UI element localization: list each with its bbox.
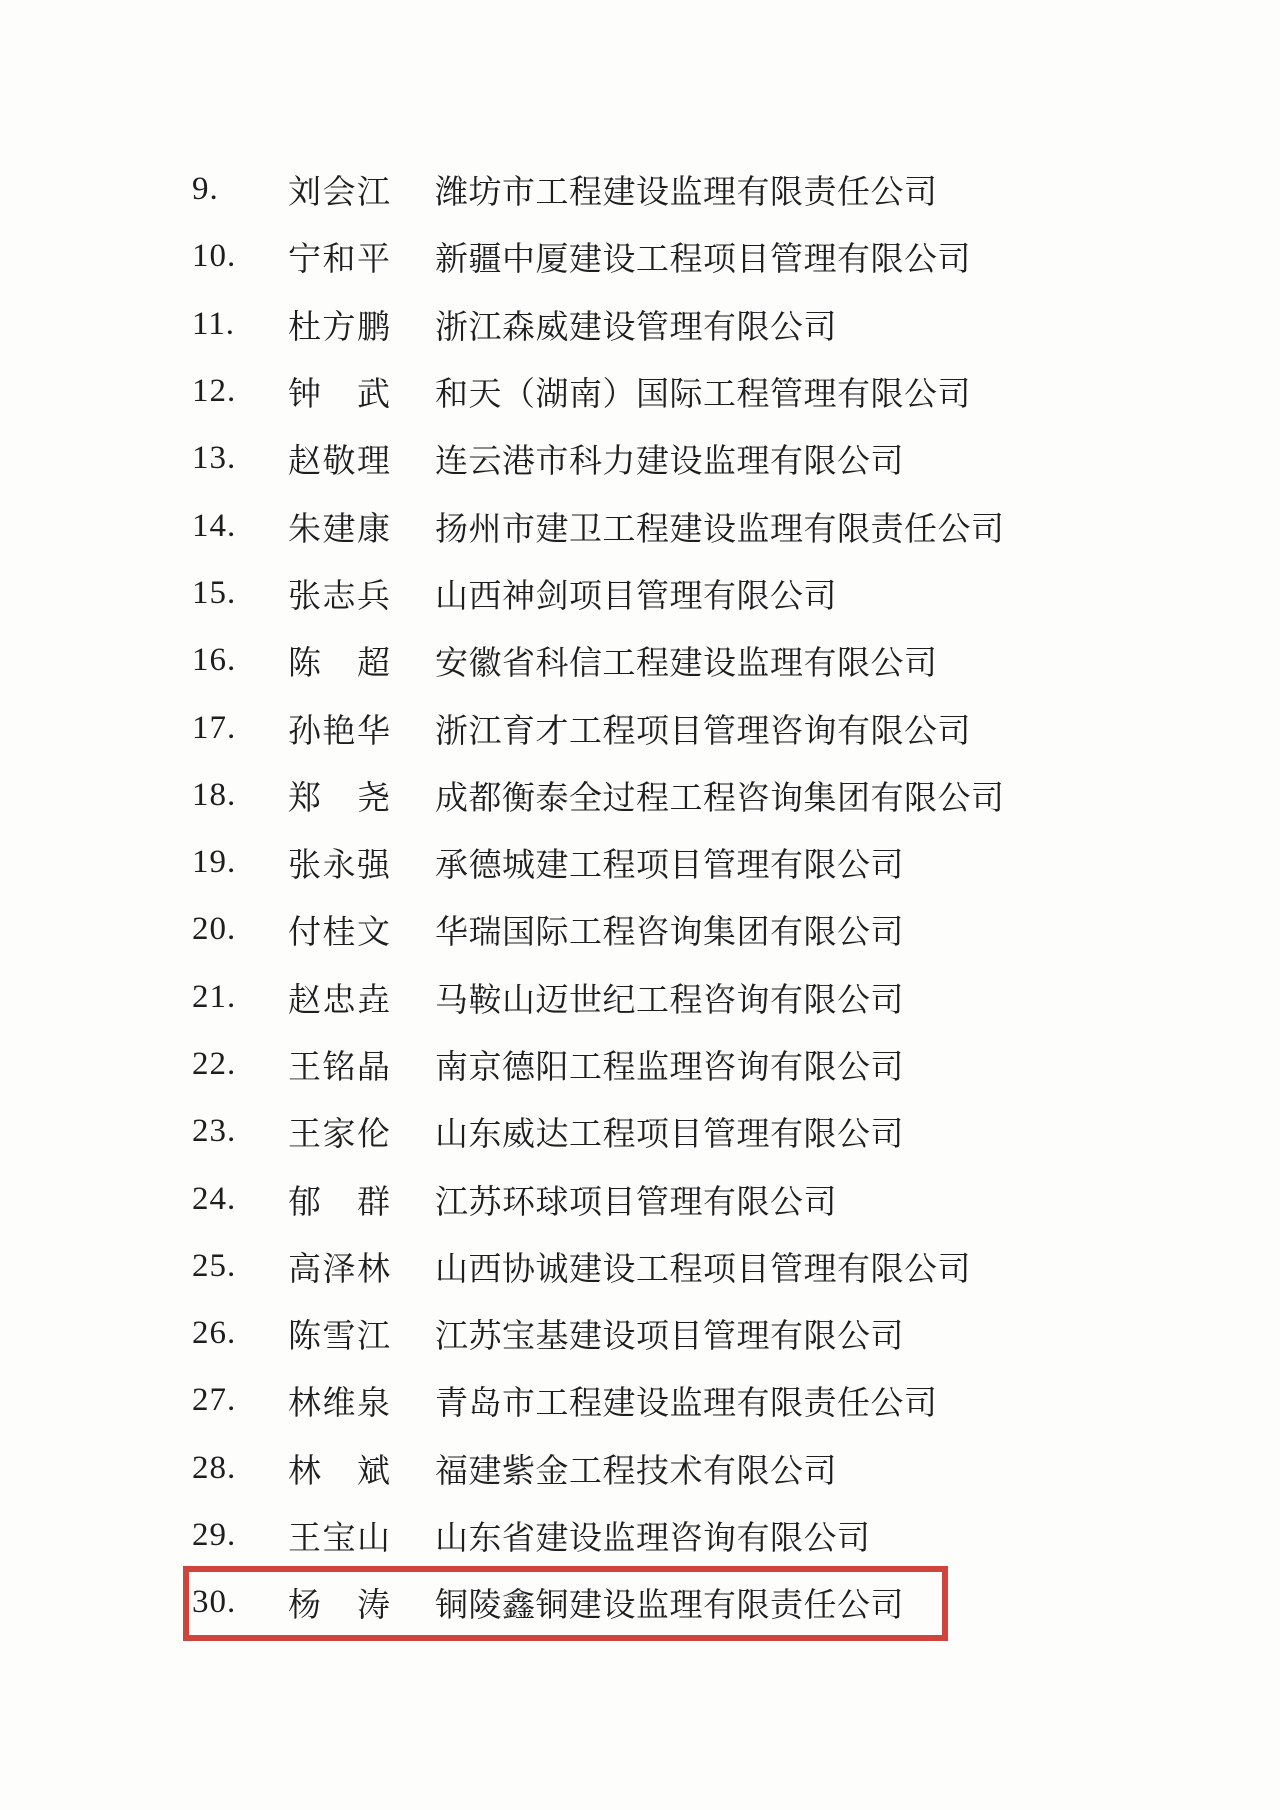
company-name: 潍坊市工程建设监理有限责任公司	[435, 166, 938, 213]
list-row: 22. 王铭晶 南京德阳工程监理咨询有限公司	[0, 1031, 1280, 1098]
row-number: 18.	[192, 777, 288, 814]
list-row: 23. 王家伦 山东威达工程项目管理有限公司	[0, 1098, 1280, 1165]
person-name: 钟 武	[288, 368, 435, 415]
company-name: 山东省建设监理咨询有限公司	[435, 1512, 871, 1559]
list-row: 18. 郑 尧 成都衡泰全过程工程咨询集团有限公司	[0, 762, 1280, 829]
person-name: 孙艳华	[288, 705, 435, 752]
row-number: 22.	[192, 1046, 288, 1083]
company-name: 浙江育才工程项目管理咨询有限公司	[435, 705, 971, 752]
list-row: 10. 宁和平 新疆中厦建设工程项目管理有限公司	[0, 223, 1280, 290]
row-number: 20.	[192, 911, 288, 948]
company-name: 福建紫金工程技术有限公司	[435, 1445, 837, 1492]
person-name: 林维泉	[288, 1377, 435, 1424]
person-name: 刘会江	[288, 166, 435, 213]
row-number: 17.	[192, 710, 288, 747]
list-row: 29. 王宝山 山东省建设监理咨询有限公司	[0, 1502, 1280, 1569]
person-name: 赵敬理	[288, 435, 435, 482]
row-number: 15.	[192, 575, 288, 612]
name-company-list: 9. 刘会江 潍坊市工程建设监理有限责任公司 10. 宁和平 新疆中厦建设工程项…	[0, 156, 1280, 1637]
person-name: 陈 超	[288, 637, 435, 684]
person-name: 赵忠垚	[288, 974, 435, 1021]
list-row: 20. 付桂文 华瑞国际工程咨询集团有限公司	[0, 896, 1280, 963]
person-name: 付桂文	[288, 906, 435, 953]
list-row: 9. 刘会江 潍坊市工程建设监理有限责任公司	[0, 156, 1280, 223]
company-name: 安徽省科信工程建设监理有限公司	[435, 637, 938, 684]
row-number: 27.	[192, 1382, 288, 1419]
company-name: 青岛市工程建设监理有限责任公司	[435, 1377, 938, 1424]
person-name: 高泽林	[288, 1243, 435, 1290]
company-name: 江苏宝基建设项目管理有限公司	[435, 1310, 904, 1357]
list-row: 17. 孙艳华 浙江育才工程项目管理咨询有限公司	[0, 694, 1280, 761]
company-name: 华瑞国际工程咨询集团有限公司	[435, 906, 904, 953]
row-number: 29.	[192, 1517, 288, 1554]
person-name: 林 斌	[288, 1445, 435, 1492]
person-name: 郑 尧	[288, 772, 435, 819]
person-name: 张永强	[288, 839, 435, 886]
list-row: 24. 郁 群 江苏环球项目管理有限公司	[0, 1165, 1280, 1232]
person-name: 朱建康	[288, 503, 435, 550]
company-name: 成都衡泰全过程工程咨询集团有限公司	[435, 772, 1005, 819]
person-name: 陈雪江	[288, 1310, 435, 1357]
company-name: 承德城建工程项目管理有限公司	[435, 839, 904, 886]
row-number: 10.	[192, 238, 288, 275]
row-number: 9.	[192, 171, 288, 208]
row-number: 24.	[192, 1181, 288, 1218]
person-name: 王家伦	[288, 1108, 435, 1155]
row-number: 19.	[192, 844, 288, 881]
list-row: 12. 钟 武 和天（湖南）国际工程管理有限公司	[0, 358, 1280, 425]
company-name: 马鞍山迈世纪工程咨询有限公司	[435, 974, 904, 1021]
row-number: 23.	[192, 1113, 288, 1150]
person-name: 宁和平	[288, 233, 435, 280]
company-name: 山西神剑项目管理有限公司	[435, 570, 837, 617]
person-name: 王铭晶	[288, 1041, 435, 1088]
company-name: 连云港市科力建设监理有限公司	[435, 435, 904, 482]
company-name: 浙江森威建设管理有限公司	[435, 301, 837, 348]
row-number: 14.	[192, 508, 288, 545]
person-name: 郁 群	[288, 1176, 435, 1223]
list-row: 21. 赵忠垚 马鞍山迈世纪工程咨询有限公司	[0, 964, 1280, 1031]
person-name: 张志兵	[288, 570, 435, 617]
company-name: 江苏环球项目管理有限公司	[435, 1176, 837, 1223]
list-row: 16. 陈 超 安徽省科信工程建设监理有限公司	[0, 627, 1280, 694]
row-number: 28.	[192, 1450, 288, 1487]
company-name: 扬州市建卫工程建设监理有限责任公司	[435, 503, 1005, 550]
company-name: 山东威达工程项目管理有限公司	[435, 1108, 904, 1155]
company-name: 铜陵鑫铜建设监理有限责任公司	[435, 1579, 904, 1626]
list-row: 28. 林 斌 福建紫金工程技术有限公司	[0, 1435, 1280, 1502]
list-row: 14. 朱建康 扬州市建卫工程建设监理有限责任公司	[0, 492, 1280, 559]
row-number: 13.	[192, 440, 288, 477]
list-row: 30. 杨 涛 铜陵鑫铜建设监理有限责任公司	[0, 1569, 1280, 1636]
row-number: 12.	[192, 373, 288, 410]
list-row: 13. 赵敬理 连云港市科力建设监理有限公司	[0, 425, 1280, 492]
person-name: 杨 涛	[288, 1579, 435, 1626]
row-number: 30.	[192, 1584, 288, 1621]
list-row: 27. 林维泉 青岛市工程建设监理有限责任公司	[0, 1367, 1280, 1434]
company-name: 山西协诚建设工程项目管理有限公司	[435, 1243, 971, 1290]
list-row: 11. 杜方鹏 浙江森威建设管理有限公司	[0, 291, 1280, 358]
document-page: 9. 刘会江 潍坊市工程建设监理有限责任公司 10. 宁和平 新疆中厦建设工程项…	[0, 0, 1280, 1810]
row-number: 11.	[192, 306, 288, 343]
list-row: 26. 陈雪江 江苏宝基建设项目管理有限公司	[0, 1300, 1280, 1367]
row-number: 26.	[192, 1315, 288, 1352]
person-name: 王宝山	[288, 1512, 435, 1559]
row-number: 16.	[192, 642, 288, 679]
row-number: 21.	[192, 979, 288, 1016]
company-name: 和天（湖南）国际工程管理有限公司	[435, 368, 971, 415]
list-row: 25. 高泽林 山西协诚建设工程项目管理有限公司	[0, 1233, 1280, 1300]
list-row: 15. 张志兵 山西神剑项目管理有限公司	[0, 560, 1280, 627]
person-name: 杜方鹏	[288, 301, 435, 348]
row-number: 25.	[192, 1248, 288, 1285]
list-row: 19. 张永强 承德城建工程项目管理有限公司	[0, 829, 1280, 896]
company-name: 新疆中厦建设工程项目管理有限公司	[435, 233, 971, 280]
company-name: 南京德阳工程监理咨询有限公司	[435, 1041, 904, 1088]
